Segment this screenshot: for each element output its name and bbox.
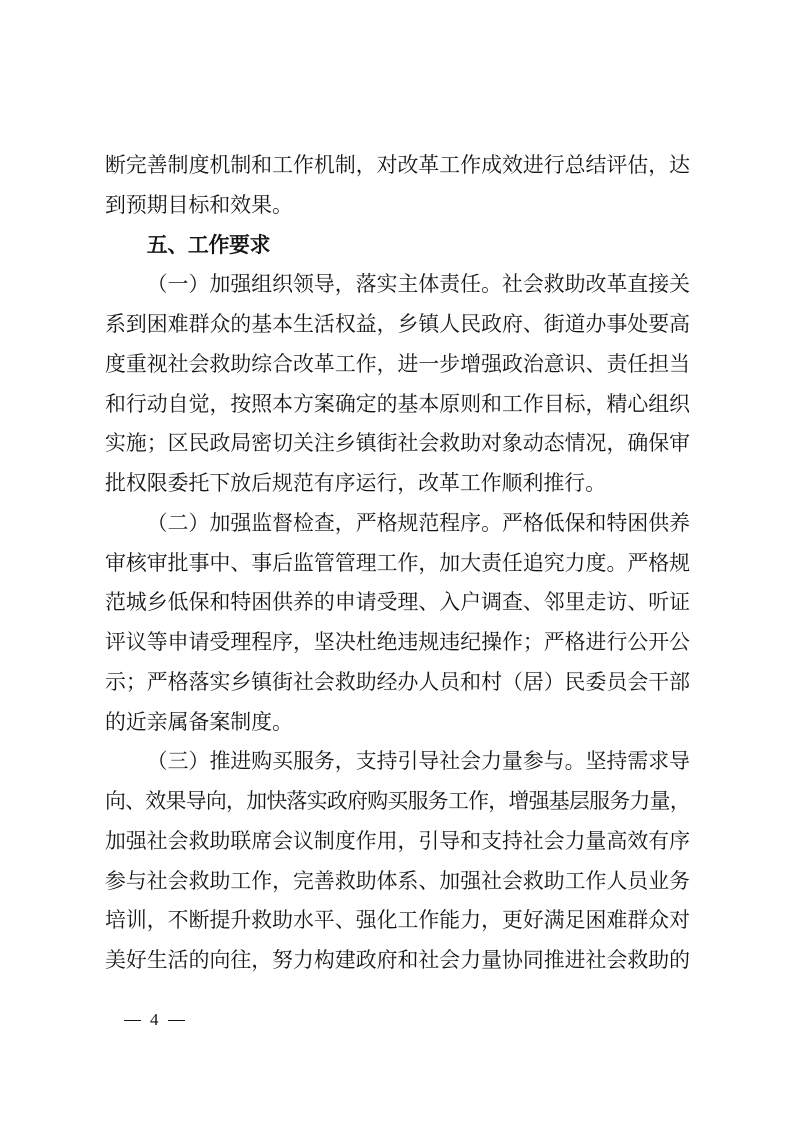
item-title: 加强组织领导，落实主体责任。 — [209, 272, 502, 296]
text-line: 批权限委托下放后规范有序运行，改革工作顺利推行。 — [105, 464, 690, 504]
text-line: 范城乡低保和特困供养的申请受理、入户调查、邻里走访、听证 — [105, 583, 690, 623]
item-label: （三） — [147, 749, 210, 773]
item-title: 推进购买服务，支持引导社会力量参与。 — [209, 749, 585, 773]
item-text: 社会救助改革直接关 — [502, 272, 690, 296]
text-line: 到预期目标和效果。 — [105, 186, 690, 226]
item-title: 加强监督检查，严格规范程序。 — [209, 511, 502, 535]
text-line: 评议等申请受理程序，坚决杜绝违规违纪操作；严格进行公开公 — [105, 623, 690, 663]
item-first-line: （三）推进购买服务，支持引导社会力量参与。坚持需求导 — [105, 742, 690, 782]
text-line: 向、效果导向，加快落实政府购买服务工作，增强基层服务力量， — [105, 782, 690, 822]
body-text: 断完善制度机制和工作机制，对改革工作成效进行总结评估，达 到预期目标和效果。 五… — [105, 146, 690, 981]
item-text: 严格低保和特困供养 — [502, 511, 690, 535]
text-line: 参与社会救助工作，完善救助体系、加强社会救助工作人员业务 — [105, 862, 690, 902]
page-number: 4 — [124, 1008, 185, 1032]
dash-right — [168, 1020, 185, 1021]
text-line: 培训，不断提升救助水平、强化工作能力，更好满足困难群众对 — [105, 901, 690, 941]
text-line: 度重视社会救助综合改革工作，进一步增强政治意识、责任担当 — [105, 345, 690, 385]
text-line: 加强社会救助联席会议制度作用，引导和支持社会力量高效有序 — [105, 822, 690, 862]
text-line: 的近亲属备案制度。 — [105, 703, 690, 743]
item-label: （一） — [147, 272, 210, 296]
item-first-line: （一）加强组织领导，落实主体责任。社会救助改革直接关 — [105, 265, 690, 305]
page-number-value: 4 — [150, 1008, 159, 1032]
text-line: 示；严格落实乡镇街社会救助经办人员和村（居）民委员会干部 — [105, 663, 690, 703]
text-line: 断完善制度机制和工作机制，对改革工作成效进行总结评估，达 — [105, 146, 690, 186]
section-heading: 五、工作要求 — [105, 226, 690, 266]
item-first-line: （二）加强监督检查，严格规范程序。严格低保和特困供养 — [105, 504, 690, 544]
text-line: 美好生活的向往，努力构建政府和社会力量协同推进社会救助的 — [105, 941, 690, 981]
text-line: 系到困难群众的基本生活权益，乡镇人民政府、街道办事处要高 — [105, 305, 690, 345]
document-page: 断完善制度机制和工作机制，对改革工作成效进行总结评估，达 到预期目标和效果。 五… — [0, 0, 793, 1122]
dash-left — [124, 1020, 141, 1021]
text-line: 和行动自觉，按照本方案确定的基本原则和工作目标，精心组织 — [105, 385, 690, 425]
item-label: （二） — [147, 511, 210, 535]
text-line: 实施；区民政局密切关注乡镇街社会救助对象动态情况，确保审 — [105, 424, 690, 464]
text-line: 审核审批事中、事后监管管理工作，加大责任追究力度。严格规 — [105, 544, 690, 584]
item-text: 坚持需求导 — [586, 749, 690, 773]
